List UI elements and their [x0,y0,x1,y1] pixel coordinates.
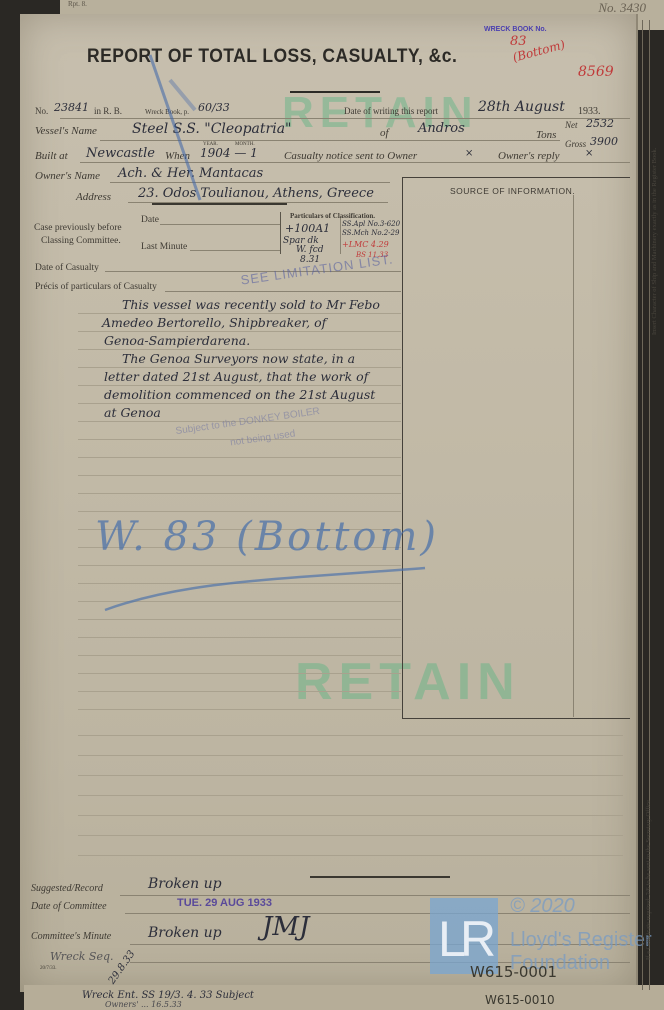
ruled-line [78,493,401,494]
survey-3: +LMC 4.29 [342,240,389,249]
net-label: Net [565,120,578,130]
gross-label: Gross [565,139,586,149]
notice-label: Casualty notice sent to Owner [284,150,417,162]
ruled-line [78,349,401,350]
classification-divider [280,212,281,254]
date-label: Date [141,215,159,225]
ruled-line [78,795,623,796]
precis-line: This vessel was recently sold to Mr Febo [122,297,380,312]
no-label: No. [35,106,48,116]
case-label-1: Case previously before [34,223,122,233]
ruled-line [78,755,623,756]
sub-note: Wreck Seq. [50,950,114,963]
survey-2: SS.Mch No.2-29 [342,229,399,237]
wreck-book-stamp: WRECK BOOK No. [484,26,547,33]
no-value: 23841 [54,101,89,114]
ruled-line [78,385,401,386]
suggested-label: Suggested/Record [31,883,103,894]
source-inner-line [573,195,574,717]
precis-line: The Genoa Surveyors now state, in a [122,351,355,366]
print-code: 20/7/33. [40,966,57,971]
underline-stroke [100,565,430,615]
in-rb-label: in R. B. [94,106,122,116]
ruled-line [78,709,401,710]
class-3: W. fcd [296,245,324,255]
ruled-line [78,835,623,836]
built-label: Built at [35,150,68,162]
survey-1: SS.Apl No.3-620 [342,220,400,228]
side-note-top: Insert Character of Ship and Machinery e… [651,148,658,335]
ruled-line [78,403,401,404]
logo-letter-r: R [460,914,496,964]
date-writing-value: 28th August [478,99,565,115]
precis-line: Amedeo Bertorello, Shipbreaker, of [102,315,326,330]
ruled-line [78,855,623,856]
under-sheet-form: Rpt. 8. [68,0,87,8]
source-of-information-box [402,177,630,719]
owner-label: Owner's Name [35,170,100,182]
precis-line: at Genoa [104,405,161,420]
casualty-date-label: Date of Casualty [35,263,99,273]
classification-subdivider [340,218,341,254]
row-line [165,291,401,292]
ruled-line [78,475,401,476]
net-value: 2532 [586,117,614,130]
ruled-line [78,673,401,674]
watermark-org-line1: Lloyd's Register [510,929,652,952]
margin-line [642,20,643,990]
ruled-line [78,457,401,458]
precis-line: Genoa-Sampierdarena. [104,333,250,348]
class-1: +100A1 [285,222,330,235]
vessel-label: Vessel's Name [35,125,97,137]
precis-line: letter dated 21st August, that the work … [104,369,368,384]
ruled-line [78,775,623,776]
committee-date-stamp: TUE. 29 AUG 1933 [177,897,272,909]
row-line [160,224,280,225]
minute-value: Broken up [148,925,222,941]
ruled-line [78,815,623,816]
ruled-line [78,367,401,368]
minute-label: Committee's Minute [31,931,111,942]
date-writing-year: 1933. [578,106,601,117]
suggested-value: Broken up [148,876,222,892]
date-writing-label: Date of writing this report [344,106,438,116]
reply-value: × [585,148,593,159]
section-rule [310,876,450,878]
wreck-number-annotation: W. 83 (Bottom) [95,514,439,560]
ref-number: 8569 [578,64,614,80]
side-note-bottom: If a Certificate required: 2/6 to be sen… [645,800,652,960]
ruled-line [78,331,401,332]
ruled-line [78,691,401,692]
gross-value: 3900 [590,135,618,148]
ruled-line [78,655,401,656]
case-label-2: Classing Committee. [41,236,121,246]
precis-line: demolition commenced on the 21st August [104,387,375,402]
of-label: of [380,127,389,139]
port-value: Andros [418,121,465,136]
ruled-line [78,735,623,736]
archive-ref-2: W615-0010 [485,993,555,1007]
address-label: Address [76,191,111,203]
precis-label: Précis of particulars of Casualty [35,282,157,292]
classification-label: Particulars of Classification. [290,212,375,220]
ruled-line [78,313,401,314]
pencil-stroke [140,50,220,210]
reply-label: Owner's reply [498,150,560,162]
watermark-copyright: © 2020 [510,895,575,918]
committee-initials: JMJ [262,912,309,942]
source-of-information-title: SOURCE OF INFORMATION. [450,186,575,196]
committee-date-label: Date of Committee [31,901,107,912]
row-line [190,250,280,251]
last-minute-label: Last Minute [141,242,187,252]
footer-note-2: Owners' ... 16.5.33 [105,1000,182,1009]
notice-value: × [465,148,473,159]
archive-ref-1: W615-0001 [470,963,557,981]
ruled-line [78,637,401,638]
ruled-line [78,619,401,620]
ruled-line [78,511,401,512]
